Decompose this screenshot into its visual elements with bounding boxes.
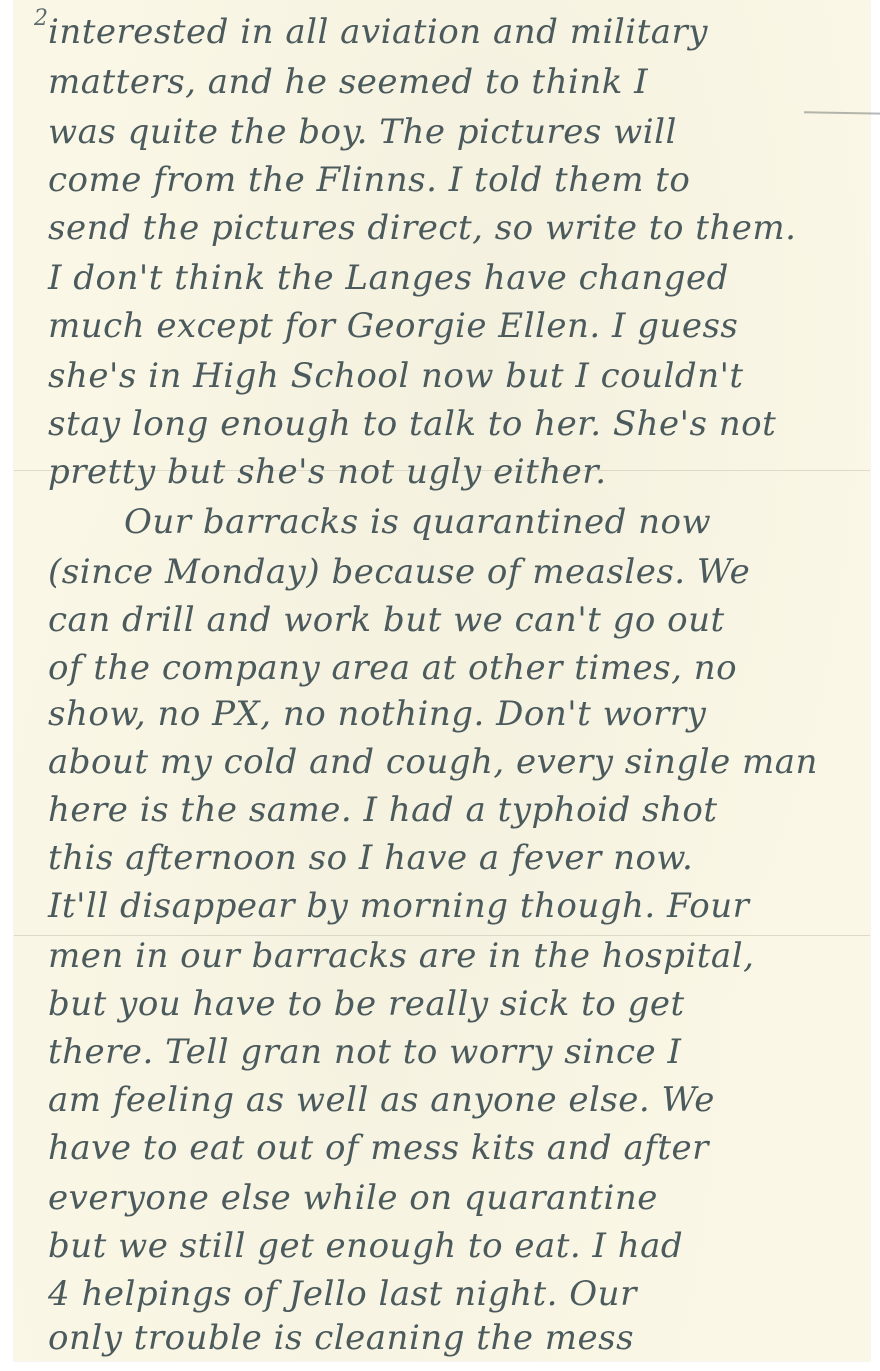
handwritten-line: stay long enough to talk to her. She's n… [48,404,776,444]
handwritten-line: am feeling as well as anyone else. We [48,1080,715,1120]
handwritten-line: It'll disappear by morning though. Four [48,886,749,926]
handwritten-line: 4 helpings of Jello last night. Our [48,1274,637,1314]
handwritten-line: have to eat out of mess kits and after [48,1128,709,1168]
handwritten-line: there. Tell gran not to worry since I [48,1032,681,1072]
underline-stroke [804,111,880,114]
handwritten-line: pretty but she's not ugly either. [48,452,607,492]
handwritten-line: send the pictures direct, so write to th… [48,208,796,248]
handwritten-line: I don't think the Langes have changed [48,258,729,298]
handwritten-line: about my cold and cough, every single ma… [48,742,818,782]
margin-mark: 2 [34,6,48,31]
handwritten-line: (since Monday) because of measles. We [48,552,750,592]
handwritten-line: men in our barracks are in the hospital, [48,936,754,976]
handwritten-line: this afternoon so I have a fever now. [48,838,693,878]
handwritten-line: show, no PX, no nothing. Don't worry [48,694,706,734]
handwritten-line: come from the Flinns. I told them to [48,160,690,200]
handwritten-line: of the company area at other times, no [48,648,737,688]
letter-page: 2 interested in all aviation and militar… [14,0,870,1361]
handwritten-line: everyone else while on quarantine [48,1178,658,1218]
handwritten-line: but we still get enough to eat. I had [48,1226,683,1266]
handwritten-line: she's in High School now but I couldn't [48,356,744,396]
handwritten-line: much except for Georgie Ellen. I guess [48,306,738,346]
handwritten-line: interested in all aviation and military [48,12,708,52]
handwritten-line: matters, and he seemed to think I [48,62,648,102]
handwritten-line: but you have to be really sick to get [48,984,685,1024]
handwritten-line: can drill and work but we can't go out [48,600,725,640]
handwritten-line: here is the same. I had a typhoid shot [48,790,718,830]
handwritten-line: was quite the boy. The pictures will [48,112,677,152]
handwritten-line: only trouble is cleaning the mess [48,1318,634,1358]
handwritten-line: Our barracks is quarantined now [124,502,711,542]
